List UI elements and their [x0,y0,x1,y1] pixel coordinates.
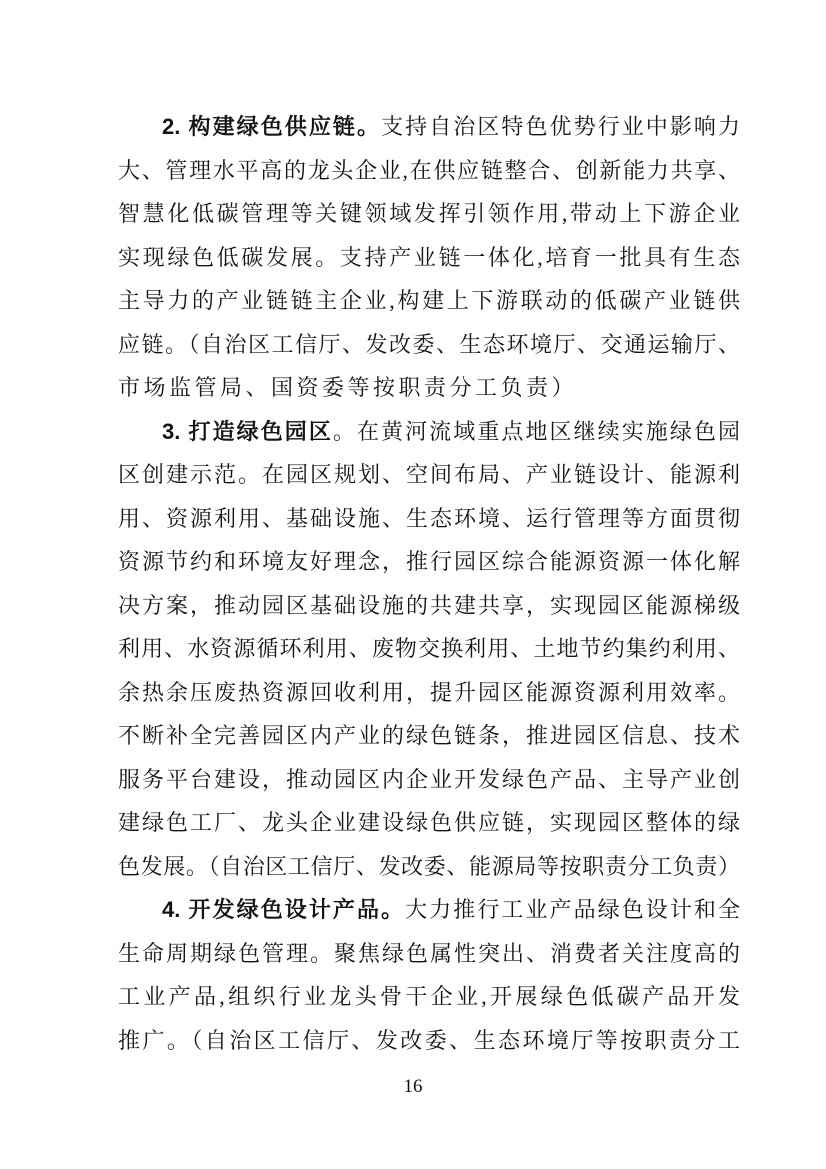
page-number: 16 [0,1076,826,1098]
text-line: 不断补全完善园区内产业的绿色链条，推进园区信息、技术 [118,714,740,758]
body-text: 决方案，推动园区基础设施的共建共享，实现园区能源梯级 [118,593,740,618]
body-text: 主导力的产业链链主企业,构建上下游联动的低碳产业链供 [118,288,740,313]
text-line: 智慧化低碳管理等关键领域发挥引领作用,带动上下游企业 [118,192,740,236]
text-line: 大、管理水平高的龙头企业,在供应链整合、创新能力共享、 [118,149,740,193]
text-line: 服务平台建设，推动园区内企业开发绿色产品、主导产业创 [118,758,740,802]
body-text: 大力推行工业产品绿色设计和全 [405,897,740,922]
text-line: 市场监管局、国资委等按职责分工负责） [118,366,740,410]
body-text: 不断补全完善园区内产业的绿色链条，推进园区信息、技术 [118,723,740,748]
text-line: 利用、水资源循环利用、废物交换利用、土地节约集约利用、 [118,627,740,671]
section-heading: 4. 开发绿色设计产品。 [162,897,405,922]
body-text: 余热余压废热资源回收利用，提升园区能源资源利用效率。 [118,680,740,705]
body-text: 市场监管局、国资委等按职责分工负责） [118,375,577,400]
body-text: 服务平台建设，推动园区内企业开发绿色产品、主导产业创 [118,767,740,792]
body-text: 色发展。（自治区工信厅、发改委、能源局等按职责分工负责） [118,854,740,879]
text-line: 区创建示范。在园区规划、空间布局、产业链设计、能源利 [118,453,740,497]
text-line: 4. 开发绿色设计产品。大力推行工业产品绿色设计和全 [118,888,740,932]
section-heading: 2. 构建绿色供应链。 [162,114,381,139]
body-text: 生命周期绿色管理。聚焦绿色属性突出、消费者关注度高的 [118,941,740,966]
text-line: 余热余压废热资源回收利用，提升园区能源资源利用效率。 [118,671,740,715]
text-line: 3. 打造绿色园区。在黄河流域重点地区继续实施绿色园 [118,410,740,454]
section-heading: 3. 打造绿色园区 [162,419,333,444]
paragraph-item-4-green-design-products: 4. 开发绿色设计产品。大力推行工业产品绿色设计和全生命周期绿色管理。聚焦绿色属… [118,888,740,1062]
document-body: 2. 构建绿色供应链。支持自治区特色优势行业中影响力大、管理水平高的龙头企业,在… [118,105,740,1062]
document-page: 2. 构建绿色供应链。支持自治区特色优势行业中影响力大、管理水平高的龙头企业,在… [0,0,826,1169]
body-text: 实现绿色低碳发展。支持产业链一体化,培育一批具有生态 [118,245,740,270]
text-line: 应链。（自治区工信厅、发改委、生态环境厅、交通运输厅、 [118,323,740,367]
text-line: 推广。（自治区工信厅、发改委、生态环境厅等按职责分工 [118,1019,740,1063]
body-text: 应链。（自治区工信厅、发改委、生态环境厅、交通运输厅、 [118,332,740,357]
paragraph-item-3-green-parks: 3. 打造绿色园区。在黄河流域重点地区继续实施绿色园区创建示范。在园区规划、空间… [118,410,740,889]
body-text: 建绿色工厂、龙头企业建设绿色供应链，实现园区整体的绿 [118,810,740,835]
body-text: 支持自治区特色优势行业中影响力 [381,114,740,139]
text-line: 实现绿色低碳发展。支持产业链一体化,培育一批具有生态 [118,236,740,280]
body-text: 资源节约和环境友好理念，推行园区综合能源资源一体化解 [118,549,740,574]
text-line: 用、资源利用、基础设施、生态环境、运行管理等方面贯彻 [118,497,740,541]
text-line: 资源节约和环境友好理念，推行园区综合能源资源一体化解 [118,540,740,584]
text-line: 主导力的产业链链主企业,构建上下游联动的低碳产业链供 [118,279,740,323]
text-line: 工业产品,组织行业龙头骨干企业,开展绿色低碳产品开发 [118,975,740,1019]
body-text: 大、管理水平高的龙头企业,在供应链整合、创新能力共享、 [118,158,740,183]
body-text: 工业产品,组织行业龙头骨干企业,开展绿色低碳产品开发 [118,984,740,1009]
body-text: 推广。（自治区工信厅、发改委、生态环境厅等按职责分工 [118,1028,740,1053]
body-text: 区创建示范。在园区规划、空间布局、产业链设计、能源利 [118,462,740,487]
body-text: 智慧化低碳管理等关键领域发挥引领作用,带动上下游企业 [118,201,740,226]
text-line: 生命周期绿色管理。聚焦绿色属性突出、消费者关注度高的 [118,932,740,976]
text-line: 决方案，推动园区基础设施的共建共享，实现园区能源梯级 [118,584,740,628]
body-text: 利用、水资源循环利用、废物交换利用、土地节约集约利用、 [118,636,740,661]
body-text: 用、资源利用、基础设施、生态环境、运行管理等方面贯彻 [118,506,740,531]
paragraph-item-2-green-supply-chain: 2. 构建绿色供应链。支持自治区特色优势行业中影响力大、管理水平高的龙头企业,在… [118,105,740,410]
text-line: 色发展。（自治区工信厅、发改委、能源局等按职责分工负责） [118,845,740,889]
text-line: 建绿色工厂、龙头企业建设绿色供应链，实现园区整体的绿 [118,801,740,845]
body-text: 。在黄河流域重点地区继续实施绿色园 [333,419,740,444]
text-line: 2. 构建绿色供应链。支持自治区特色优势行业中影响力 [118,105,740,149]
